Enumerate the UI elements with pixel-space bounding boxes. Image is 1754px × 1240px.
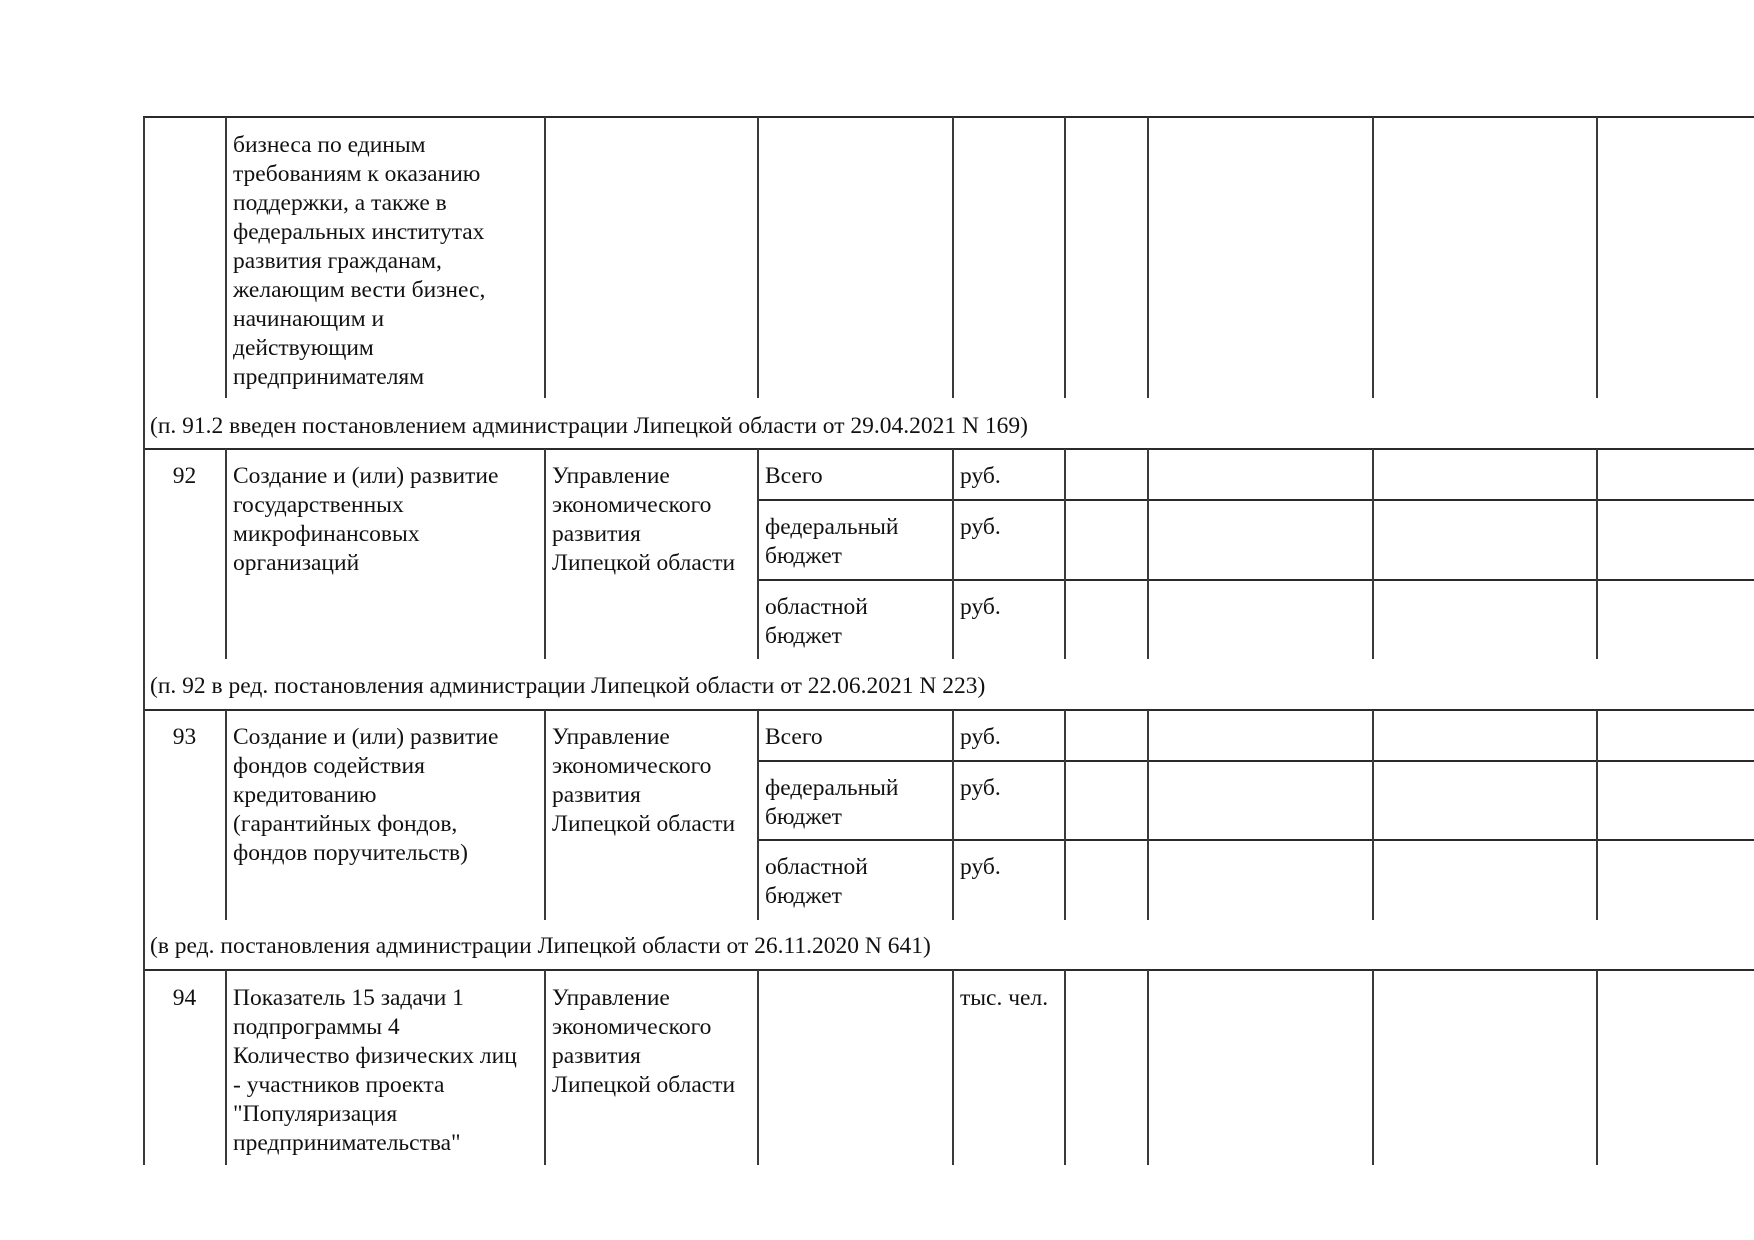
funding-source: федеральный бюджет	[765, 774, 899, 832]
column-divider	[757, 710, 759, 920]
column-divider	[1147, 970, 1149, 1165]
funding-unit: руб.	[960, 593, 1001, 622]
funding-source: областной бюджет	[765, 593, 868, 651]
funding-source: Всего	[765, 723, 823, 752]
column-divider	[757, 970, 759, 1165]
funding-source: федеральный бюджет	[765, 513, 899, 571]
row-divider	[758, 579, 1754, 581]
amendment-note: (п. 91.2 введен постановлением администр…	[150, 412, 1028, 441]
column-divider	[952, 970, 954, 1165]
row-unit: тыс. чел.	[960, 984, 1048, 1013]
row-divider	[758, 760, 1754, 762]
row-name: Создание и (или) развитие государственны…	[233, 462, 543, 578]
column-divider	[1372, 710, 1374, 920]
column-divider	[757, 449, 759, 659]
column-divider	[1596, 970, 1598, 1165]
column-divider	[1064, 117, 1066, 398]
row-responsible: Управление экономического развития Липец…	[552, 984, 757, 1100]
row-divider	[758, 839, 1754, 841]
column-divider	[1596, 117, 1598, 398]
column-divider	[1372, 449, 1374, 659]
column-divider	[1147, 117, 1149, 398]
funding-unit: руб.	[960, 774, 1001, 803]
column-divider	[1372, 970, 1374, 1165]
funding-source: Всего	[765, 462, 823, 491]
funding-unit: руб.	[960, 462, 1001, 491]
funding-unit: руб.	[960, 513, 1001, 542]
column-divider	[225, 117, 227, 398]
row-91-2-name: бизнеса по единым требованиям к оказанию…	[233, 131, 543, 392]
column-divider	[952, 449, 954, 659]
column-divider	[1596, 449, 1598, 659]
column-divider	[1147, 710, 1149, 920]
column-divider	[952, 117, 954, 398]
table-top-border	[143, 116, 1754, 118]
amendment-note: (в ред. постановления администрации Липе…	[150, 932, 931, 961]
row-divider	[143, 969, 1754, 971]
column-divider	[1147, 449, 1149, 659]
column-divider	[544, 449, 546, 659]
column-divider	[1064, 449, 1066, 659]
row-number: 94	[143, 984, 226, 1013]
column-divider	[1372, 117, 1374, 398]
column-divider	[1596, 710, 1598, 920]
column-divider	[1064, 970, 1066, 1165]
column-divider	[1064, 710, 1066, 920]
row-responsible: Управление экономического развития Липец…	[552, 462, 757, 578]
row-divider	[143, 448, 1754, 450]
row-divider	[143, 709, 1754, 711]
funding-source: областной бюджет	[765, 853, 868, 911]
funding-unit: руб.	[960, 853, 1001, 882]
row-name: Показатель 15 задачи 1 подпрограммы 4 Ко…	[233, 984, 548, 1158]
funding-unit: руб.	[960, 723, 1001, 752]
column-divider	[757, 117, 759, 398]
row-number: 92	[143, 462, 226, 491]
document-page: бизнеса по единым требованиям к оказанию…	[0, 0, 1754, 1240]
column-divider	[544, 117, 546, 398]
column-divider	[544, 710, 546, 920]
amendment-note: (п. 92 в ред. постановления администраци…	[150, 672, 985, 701]
row-responsible: Управление экономического развития Липец…	[552, 723, 757, 839]
row-divider	[758, 499, 1754, 501]
row-number: 93	[143, 723, 226, 752]
column-divider	[952, 710, 954, 920]
row-name: Создание и (или) развитие фондов содейст…	[233, 723, 543, 868]
